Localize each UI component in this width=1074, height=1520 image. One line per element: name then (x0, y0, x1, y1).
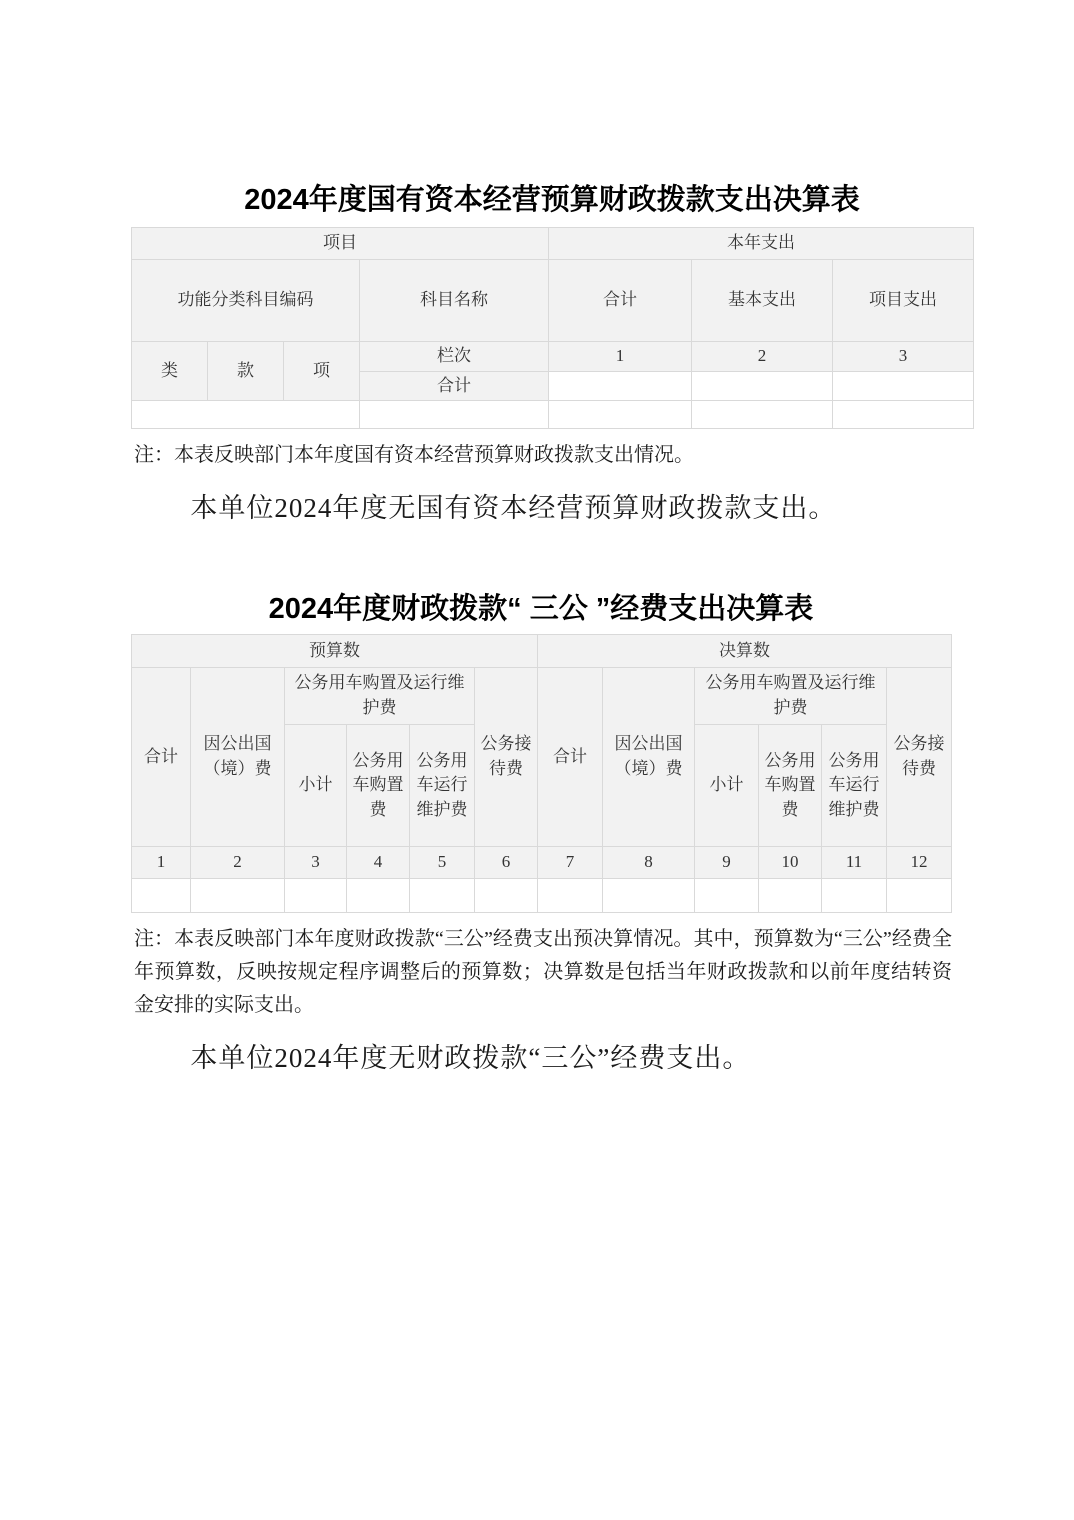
header-final-overseas-trips: 因公出国（境）费 (603, 668, 695, 847)
header-budget-total: 合计 (132, 668, 191, 847)
header-budget-figures: 预算数 (132, 635, 538, 668)
header-final-vehicle-purchase: 公务用车购置费 (759, 725, 822, 847)
table2-empty-data-row (132, 879, 952, 913)
empty-project-cell (833, 401, 974, 429)
table1-header-row-3: 类 款 项 栏次 1 2 3 (132, 342, 974, 372)
table1-header-row-2: 功能分类科目编码 科目名称 合计 基本支出 项目支出 (132, 260, 974, 342)
empty-cell (603, 879, 695, 913)
empty-code-cell (132, 401, 360, 429)
column-number-7: 7 (538, 847, 603, 879)
document-page: 2024年度国有资本经营预算财政拨款支出决算表 项目 本年支出 功能分类科目编码… (0, 0, 1074, 1520)
column-number-4: 4 (347, 847, 410, 879)
column-number-6: 6 (475, 847, 538, 879)
column-number-12: 12 (887, 847, 952, 879)
header-budget-official-reception: 公务接待费 (475, 668, 538, 847)
header-column-no: 栏次 (360, 342, 549, 372)
empty-cell (822, 879, 887, 913)
header-category: 类 (132, 342, 208, 401)
header-current-year-expenditure: 本年支出 (549, 228, 974, 260)
table2-header-row-2: 合计 因公出国（境）费 公务用车购置及运行维护费 公务接待费 合计 因公出国（境… (132, 668, 952, 725)
table1-title: 2024年度国有资本经营预算财政拨款支出决算表 (131, 183, 973, 218)
empty-cell (132, 879, 191, 913)
table1-state-capital-expenditure: 项目 本年支出 功能分类科目编码 科目名称 合计 基本支出 项目支出 类 款 项… (131, 227, 974, 429)
header-project-expenditure: 项目支出 (833, 260, 974, 342)
empty-cell (285, 879, 347, 913)
column-number-9: 9 (695, 847, 759, 879)
table2-column-numbers-row: 1 2 3 4 5 6 7 8 9 10 11 12 (132, 847, 952, 879)
empty-cell (538, 879, 603, 913)
cell-basic-value (692, 371, 833, 401)
column-number-2: 2 (692, 342, 833, 372)
header-final-official-reception: 公务接待费 (887, 668, 952, 847)
table2-title: 2024年度财政拨款“ 三公 ”经费支出决算表 (131, 592, 951, 627)
header-function-code: 功能分类科目编码 (132, 260, 360, 342)
header-final-vehicle-group: 公务用车购置及运行维护费 (695, 668, 887, 725)
cell-total-value (549, 371, 692, 401)
column-number-5: 5 (410, 847, 475, 879)
table2-statement: 本单位2024年度无财政拨款“三公”经费支出。 (131, 1040, 931, 1078)
empty-total-cell (549, 401, 692, 429)
header-basic-expenditure: 基本支出 (692, 260, 833, 342)
table1-empty-row (132, 401, 974, 429)
table1-statement: 本单位2024年度无国有资本经营预算财政拨款支出。 (131, 490, 931, 528)
header-subject-name: 科目名称 (360, 260, 549, 342)
header-budget-vehicle-group: 公务用车购置及运行维护费 (285, 668, 475, 725)
header-budget-overseas-trips: 因公出国（境）费 (191, 668, 285, 847)
column-number-10: 10 (759, 847, 822, 879)
column-number-2: 2 (191, 847, 285, 879)
empty-cell (191, 879, 285, 913)
table1-header-row-1: 项目 本年支出 (132, 228, 974, 260)
column-number-8: 8 (603, 847, 695, 879)
empty-cell (347, 879, 410, 913)
empty-cell (759, 879, 822, 913)
row-label-total: 合计 (360, 371, 549, 401)
header-budget-subtotal: 小计 (285, 725, 347, 847)
empty-cell (475, 879, 538, 913)
column-number-1: 1 (549, 342, 692, 372)
empty-subject-cell (360, 401, 549, 429)
header-budget-vehicle-purchase: 公务用车购置费 (347, 725, 410, 847)
column-number-3: 3 (833, 342, 974, 372)
empty-basic-cell (692, 401, 833, 429)
header-item: 项 (284, 342, 360, 401)
column-number-11: 11 (822, 847, 887, 879)
table2-three-public-expenses: 预算数 决算数 合计 因公出国（境）费 公务用车购置及运行维护费 公务接待费 合… (131, 634, 952, 913)
column-number-3: 3 (285, 847, 347, 879)
table1-note: 注：本表反映部门本年度国有资本经营预算财政拨款支出情况。 (134, 439, 952, 472)
header-final-subtotal: 小计 (695, 725, 759, 847)
cell-project-value (833, 371, 974, 401)
table2-note: 注：本表反映部门本年度财政拨款“三公”经费支出预决算情况。其中，预算数为“三公”… (134, 923, 952, 1022)
header-final-total: 合计 (538, 668, 603, 847)
empty-cell (410, 879, 475, 913)
header-project-group: 项目 (132, 228, 549, 260)
header-section: 款 (208, 342, 284, 401)
empty-cell (695, 879, 759, 913)
header-total: 合计 (549, 260, 692, 342)
header-final-vehicle-maintenance: 公务用车运行维护费 (822, 725, 887, 847)
header-final-figures: 决算数 (538, 635, 952, 668)
table2-header-row-1: 预算数 决算数 (132, 635, 952, 668)
column-number-1: 1 (132, 847, 191, 879)
empty-cell (887, 879, 952, 913)
header-budget-vehicle-maintenance: 公务用车运行维护费 (410, 725, 475, 847)
